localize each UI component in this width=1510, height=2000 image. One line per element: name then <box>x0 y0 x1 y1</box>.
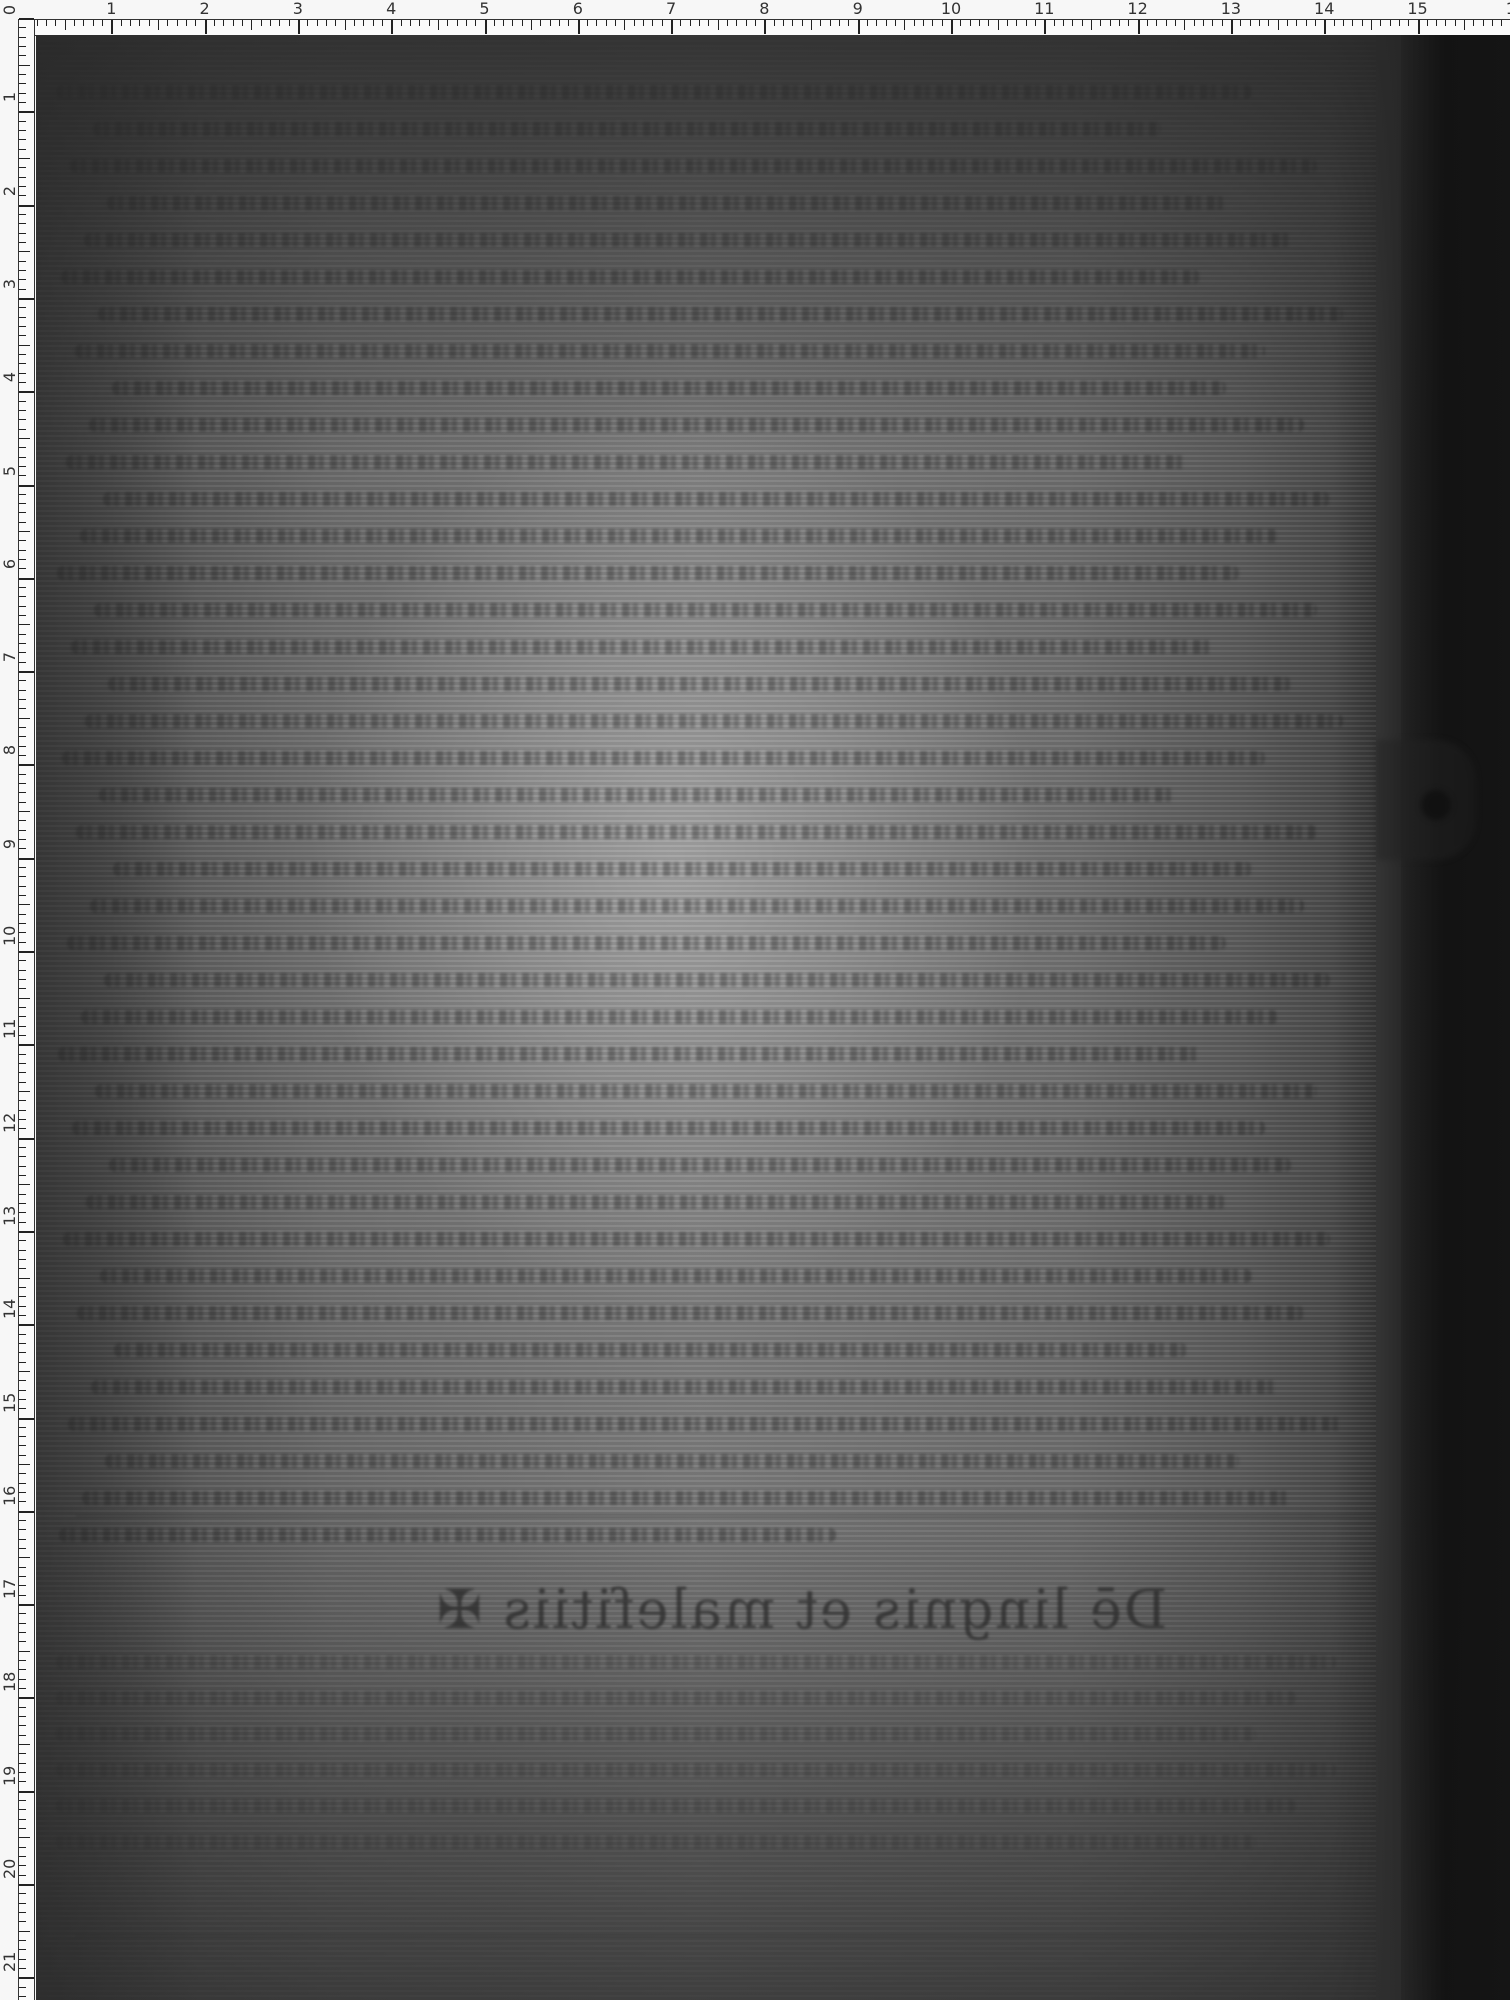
ruler-tick <box>382 20 383 26</box>
ruler-label: 14 <box>1314 0 1334 18</box>
ruler-tick <box>19 1287 26 1288</box>
ruler-tick <box>1194 20 1195 26</box>
ruler-label: 16 <box>2 1488 18 1506</box>
ruler-tick <box>19 1884 34 1886</box>
ruler-tick <box>1250 20 1251 26</box>
ruler-tick <box>19 1949 26 1950</box>
ruler-tick <box>19 1184 30 1185</box>
ruler-tick <box>19 363 26 364</box>
ruler-tick <box>19 438 30 439</box>
manuscript-text-line <box>80 529 1278 543</box>
ruler-tick <box>643 20 644 26</box>
ruler-tick <box>19 1735 26 1736</box>
ruler-tick <box>960 20 961 26</box>
manuscript-text-line <box>109 1158 1291 1172</box>
ruler-tick <box>624 20 625 30</box>
ruler-tick <box>19 1128 26 1129</box>
ruler-tick <box>279 20 280 26</box>
ruler-tick <box>19 1511 34 1513</box>
ruler-tick <box>83 20 84 26</box>
ruler-tick <box>540 20 541 26</box>
ruler-label: 19 <box>2 1768 18 1786</box>
manuscript-text-line <box>91 1380 1278 1394</box>
ruler-tick <box>19 457 26 458</box>
ruler-tick <box>195 20 196 26</box>
ruler-label: 17 <box>2 1581 18 1599</box>
ruler-tick <box>139 20 140 26</box>
ruler-tick <box>1343 20 1344 26</box>
ruler-tick <box>19 1809 26 1810</box>
ruler-tick <box>186 20 187 26</box>
ruler-tick <box>19 158 30 159</box>
ruler-tick <box>19 1278 30 1279</box>
manuscript-text-line <box>57 566 1239 580</box>
manuscript-text-line <box>85 714 1343 728</box>
ruler-label: 9 <box>853 0 863 18</box>
ruler-tick <box>19 18 34 20</box>
ruler-tick <box>121 20 122 26</box>
manuscript-text-line <box>114 1343 1187 1357</box>
ruler-tick <box>19 1091 30 1092</box>
ruler-tick <box>19 727 26 728</box>
ruler-tick <box>979 20 980 26</box>
ruler-tick <box>19 195 26 196</box>
ruler-label: 4 <box>386 0 396 18</box>
ruler-tick <box>19 858 34 860</box>
ruler-tick <box>19 923 26 924</box>
ruler-tick <box>746 20 747 26</box>
ruler-tick <box>19 242 26 243</box>
ruler-tick <box>19 811 30 812</box>
ruler-tick <box>19 46 26 47</box>
ruler-tick <box>19 1725 26 1726</box>
manuscript-text-line <box>108 677 1291 691</box>
ruler-tick <box>401 20 402 26</box>
ruler-tick <box>615 20 616 26</box>
ruler-tick <box>214 20 215 26</box>
ruler-tick <box>354 20 355 26</box>
ruler-tick <box>19 93 26 94</box>
ruler-tick <box>19 1987 26 1988</box>
ruler-tick <box>19 988 26 989</box>
manuscript-text-line <box>94 603 1317 617</box>
ruler-tick <box>1464 20 1465 30</box>
ruler-tick <box>19 1343 26 1344</box>
ruler-tick <box>335 20 336 26</box>
ruler-tick <box>93 20 94 26</box>
ruler-tick <box>65 20 66 30</box>
ruler-tick <box>19 1641 26 1642</box>
ruler-label: 15 <box>1407 0 1427 18</box>
manuscript-text-line <box>100 1269 1252 1283</box>
vignette-bottom <box>36 1500 1510 2000</box>
ruler-tick <box>792 20 793 26</box>
ruler-tick <box>19 382 26 383</box>
ruler-tick <box>19 1772 26 1773</box>
ruler-tick <box>1063 20 1064 26</box>
ruler-label: 11 <box>2 1021 18 1039</box>
ruler-tick <box>19 401 26 402</box>
ruler-tick <box>1278 20 1279 30</box>
ruler-tick <box>1007 20 1008 26</box>
ruler-tick <box>19 130 26 131</box>
manuscript-text-line <box>72 1121 1265 1135</box>
ruler-tick <box>1492 20 1493 26</box>
ruler-tick <box>764 20 766 34</box>
ruler-tick <box>1399 20 1400 26</box>
ruler-tick <box>19 233 26 234</box>
ruler-tick <box>19 335 26 336</box>
ruler-tick <box>19 568 26 569</box>
manuscript-text-line <box>99 788 1174 802</box>
ruler-tick <box>19 671 34 673</box>
ruler-tick <box>19 1110 26 1111</box>
ruler-tick <box>19 1016 26 1017</box>
ruler-tick <box>19 1875 26 1876</box>
ruler-tick <box>914 20 915 26</box>
ruler-tick <box>19 391 34 393</box>
ruler-tick <box>1110 20 1111 26</box>
ruler-tick <box>419 20 420 26</box>
ruler-label: 6 <box>573 0 583 18</box>
ruler-tick <box>19 1763 26 1764</box>
ruler-tick <box>19 736 26 737</box>
ruler-tick <box>19 1035 26 1036</box>
ruler-tick <box>1240 20 1241 26</box>
ruler-tick <box>830 20 831 26</box>
ruler-tick <box>19 289 26 290</box>
ruler-tick <box>1016 20 1017 26</box>
ruler-tick <box>19 1539 26 1540</box>
ruler-tick <box>19 1595 26 1596</box>
ruler-tick <box>19 615 26 616</box>
ruler-tick <box>307 20 308 26</box>
ruler-tick <box>1072 20 1073 26</box>
ruler-tick <box>19 55 26 56</box>
ruler-tick <box>19 1352 26 1353</box>
ruler-tick <box>19 326 26 327</box>
ruler-tick <box>19 1334 26 1335</box>
ruler-tick <box>942 20 943 26</box>
ruler-tick <box>19 783 26 784</box>
ruler-tick <box>19 298 34 300</box>
ruler-tick <box>46 20 47 26</box>
ruler-label: 2 <box>200 0 210 18</box>
ruler-tick <box>19 1483 26 1484</box>
ruler-tick <box>19 345 30 346</box>
ruler-tick <box>19 1063 26 1064</box>
ruler-tick <box>1138 20 1140 34</box>
ruler-tick <box>130 20 131 26</box>
ruler-tick <box>690 20 691 26</box>
ruler-tick <box>1296 20 1297 26</box>
ruler-tick <box>177 20 178 26</box>
ruler-tick <box>951 20 953 34</box>
ruler-label: 7 <box>666 0 676 18</box>
ruler-tick <box>19 270 26 271</box>
ruler-tick <box>19 102 26 103</box>
ruler-tick <box>1166 20 1167 26</box>
ruler-tick <box>19 708 26 709</box>
ruler-tick <box>802 20 803 26</box>
ruler-tick <box>345 20 346 30</box>
ruler-label: 1 <box>2 88 18 106</box>
ruler-tick <box>19 531 30 532</box>
ruler-tick <box>19 1604 34 1606</box>
ruler-tick <box>19 1697 34 1699</box>
ruler-tick <box>485 20 487 34</box>
ruler-tick <box>19 746 26 747</box>
ruler-tick <box>438 20 439 30</box>
ruler-label: 13 <box>2 1208 18 1226</box>
ruler-tick <box>19 1576 26 1577</box>
ruler-tick <box>19 1138 34 1140</box>
ruler-tick <box>19 177 26 178</box>
ruler-tick <box>19 503 26 504</box>
ruler-tick <box>19 1996 26 1997</box>
ruler-tick <box>19 1324 34 1326</box>
ruler-tick <box>19 1240 26 1241</box>
ruler-tick <box>363 20 364 26</box>
ruler-tick <box>1026 20 1027 26</box>
ruler-tick <box>988 20 989 26</box>
ruler-tick <box>19 1166 26 1167</box>
ruler-tick <box>167 20 168 26</box>
ruler-tick <box>19 522 26 523</box>
ruler-tick <box>19 1455 26 1456</box>
ruler-label: 11 <box>1034 0 1054 18</box>
ruler-tick <box>55 20 56 26</box>
ruler-tick <box>718 20 719 30</box>
ruler-tick <box>19 223 26 224</box>
ruler-tick <box>19 998 30 999</box>
ruler-tick <box>1315 20 1316 26</box>
ruler-tick <box>233 20 234 26</box>
ruler-tick <box>19 886 26 887</box>
manuscript-text-line <box>81 1010 1278 1024</box>
ruler-label: 1 <box>1506 0 1510 18</box>
ruler-tick <box>19 624 30 625</box>
ruler-tick <box>680 20 681 26</box>
manuscript-text-line <box>62 751 1265 765</box>
clasp-hole <box>1421 790 1451 820</box>
ruler-label: 0 <box>2 1 18 19</box>
ruler-tick <box>19 578 34 580</box>
ruler-tick <box>19 690 26 691</box>
ruler-tick <box>19 1362 26 1363</box>
ruler-tick <box>19 1390 26 1391</box>
ruler-tick <box>447 20 448 26</box>
ruler-label: 15 <box>2 1395 18 1413</box>
ruler-tick <box>783 20 784 26</box>
ruler-tick <box>19 1791 34 1793</box>
ruler-tick <box>568 20 569 26</box>
ruler-tick <box>37 20 38 26</box>
ruler-tick <box>774 20 775 26</box>
ruler-tick <box>19 186 26 187</box>
ruler-tick <box>1259 20 1260 26</box>
ruler-tick <box>19 1977 34 1979</box>
ruler-tick <box>19 1054 26 1055</box>
ruler-tick <box>1408 20 1409 26</box>
ruler-tick <box>19 895 26 896</box>
ruler-tick <box>587 20 588 26</box>
ruler-tick <box>699 20 700 26</box>
ruler-tick <box>19 317 26 318</box>
ruler-tick <box>19 1418 34 1420</box>
ruler-tick <box>19 1194 26 1195</box>
ruler-tick <box>970 20 971 26</box>
ruler-tick <box>1371 20 1372 30</box>
vignette-top <box>36 35 1510 455</box>
manuscript-text-line <box>95 1084 1317 1098</box>
ruler-tick <box>1445 20 1446 26</box>
ruler-tick <box>895 20 896 26</box>
ruler-tick <box>1091 20 1092 30</box>
ruler-tick <box>1128 20 1129 26</box>
ruler-tick <box>848 20 849 26</box>
vignette-left <box>36 35 196 2000</box>
ruler-tick <box>19 447 26 448</box>
ruler-tick <box>19 540 26 541</box>
manuscript-text-line <box>104 973 1330 987</box>
ruler-label: 12 <box>2 1115 18 1133</box>
ruler-tick <box>19 214 26 215</box>
manuscript-text-line <box>68 1417 1343 1431</box>
ruler-tick <box>727 20 728 26</box>
ruler-tick <box>1455 20 1456 26</box>
ruler-label: 13 <box>1221 0 1241 18</box>
ruler-tick <box>298 20 300 34</box>
ruler-tick <box>19 662 26 663</box>
ruler-label: 10 <box>2 928 18 946</box>
ruler-tick <box>19 1679 26 1680</box>
ruler-tick <box>19 1315 26 1316</box>
ruler-tick <box>391 20 393 34</box>
ruler-tick <box>19 1893 26 1894</box>
ruler-tick <box>606 20 607 26</box>
ruler-tick <box>19 1492 26 1493</box>
ruler-tick <box>1306 20 1307 26</box>
ruler-tick <box>19 970 26 971</box>
ruler-tick <box>559 20 560 26</box>
ruler-tick <box>19 559 26 560</box>
ruler-tick <box>19 596 26 597</box>
ruler-tick <box>736 20 737 26</box>
ruler-tick <box>19 1464 30 1465</box>
ruler-tick <box>410 20 411 26</box>
ruler-tick <box>19 1082 26 1083</box>
ruler-tick <box>19 1903 26 1904</box>
ruler-tick <box>326 20 327 26</box>
ruler-tick <box>19 718 30 719</box>
ruler-tick <box>158 20 159 30</box>
ruler-tick <box>19 121 26 122</box>
ruler-tick <box>19 1557 30 1558</box>
ruler-tick <box>19 1651 30 1652</box>
ruler-tick <box>811 20 812 30</box>
ruler-tick <box>19 354 26 355</box>
ruler-tick <box>19 960 26 961</box>
ruler-tick <box>578 20 580 34</box>
ruler-tick <box>19 942 26 943</box>
ruler-tick <box>19 802 26 803</box>
ruler-tick <box>457 20 458 26</box>
ruler-tick <box>1390 20 1391 26</box>
ruler-label: 5 <box>479 0 489 18</box>
ruler-label: 2 <box>2 182 18 200</box>
ruler-tick <box>19 1856 26 1857</box>
ruler-tick <box>19 1501 26 1502</box>
ruler-tick <box>19 307 26 308</box>
ruler-tick <box>289 20 290 26</box>
manuscript-text-line <box>63 1232 1330 1246</box>
ruler-tick <box>19 755 26 756</box>
ruler-tick <box>205 20 207 34</box>
ruler-tick <box>1362 20 1363 26</box>
ruler-tick <box>102 20 103 26</box>
manuscript-text-line <box>58 1047 1200 1061</box>
ruler-tick <box>19 1529 26 1530</box>
ruler-tick <box>876 20 877 26</box>
ruler-tick <box>1427 20 1428 26</box>
ruler-tick <box>19 848 26 849</box>
ruler-tick <box>1483 20 1484 26</box>
ruler-tick <box>19 839 26 840</box>
ruler-tick <box>19 1473 26 1474</box>
ruler-tick <box>1231 20 1233 34</box>
ruler-tick <box>19 1175 26 1176</box>
ruler-label: 3 <box>2 275 18 293</box>
ruler-tick <box>19 37 26 38</box>
ruler-tick <box>503 20 504 26</box>
ruler-tick <box>19 764 34 766</box>
ruler-tick <box>19 867 26 868</box>
ruler-tick <box>223 20 224 26</box>
ruler-label: 8 <box>759 0 769 18</box>
ruler-tick <box>19 904 30 905</box>
ruler-tick <box>1212 20 1213 26</box>
ruler-tick <box>19 261 26 262</box>
ruler-tick <box>19 932 26 933</box>
ruler-tick <box>19 1921 26 1922</box>
ruler-tick <box>19 1968 26 1969</box>
ruler-tick <box>19 1250 26 1251</box>
ruler-tick <box>19 1212 26 1213</box>
ruler-tick <box>19 251 30 252</box>
ruler-tick <box>19 1837 30 1838</box>
ruler-tick <box>19 1408 26 1409</box>
ruler-tick <box>19 485 34 487</box>
ruler-tick <box>317 20 318 26</box>
ruler-tick <box>19 167 26 168</box>
ruler-tick <box>19 1567 26 1568</box>
ruler-tick <box>512 20 513 26</box>
ruler-tick <box>1268 20 1269 26</box>
ruler-tick <box>19 1660 26 1661</box>
ruler-tick <box>19 634 26 635</box>
ruler-tick <box>19 139 26 140</box>
ruler-tick <box>1222 20 1223 26</box>
manuscript-text-line <box>67 936 1226 950</box>
ruler-tick <box>19 279 26 280</box>
ruler-tick <box>19 1716 26 1717</box>
ruler-tick <box>19 1688 26 1689</box>
ruler-tick <box>1334 20 1335 26</box>
ruler-label: 6 <box>2 555 18 573</box>
ruler-tick <box>19 680 26 681</box>
ruler-tick <box>671 20 673 34</box>
